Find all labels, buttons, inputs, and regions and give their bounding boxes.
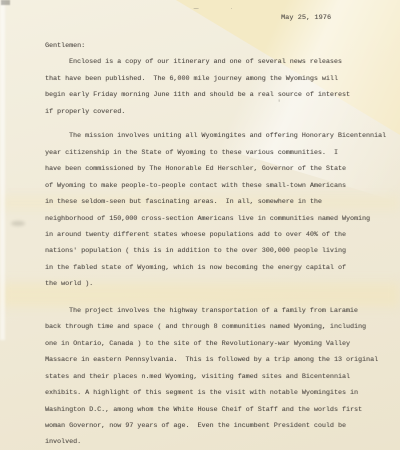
paragraph-mission: The mission involves uniting all Wyoming…: [45, 128, 400, 293]
paragraph-enclosure: Enclosed is a copy of our itinerary and …: [45, 54, 400, 120]
letter-date: May 25, 1976: [281, 14, 331, 22]
scan-corner-mark: [1, 0, 10, 5]
letter-body: Gentlemen: Enclosed is a copy of our iti…: [45, 38, 400, 450]
stray-apostrophe-mark: ': [277, 100, 281, 108]
paragraph-project: The project involves the highway transpo…: [45, 303, 400, 450]
letter-page: May 25, 1976 Gentlemen: Enclosed is a co…: [0, 0, 400, 450]
salutation: Gentlemen:: [45, 38, 400, 54]
paper-left-edge-highlight: [0, 0, 5, 340]
smudge-mark: ·: [230, 6, 233, 12]
smudge-spot: [11, 221, 25, 226]
smudge-mark: ~: [193, 6, 199, 14]
